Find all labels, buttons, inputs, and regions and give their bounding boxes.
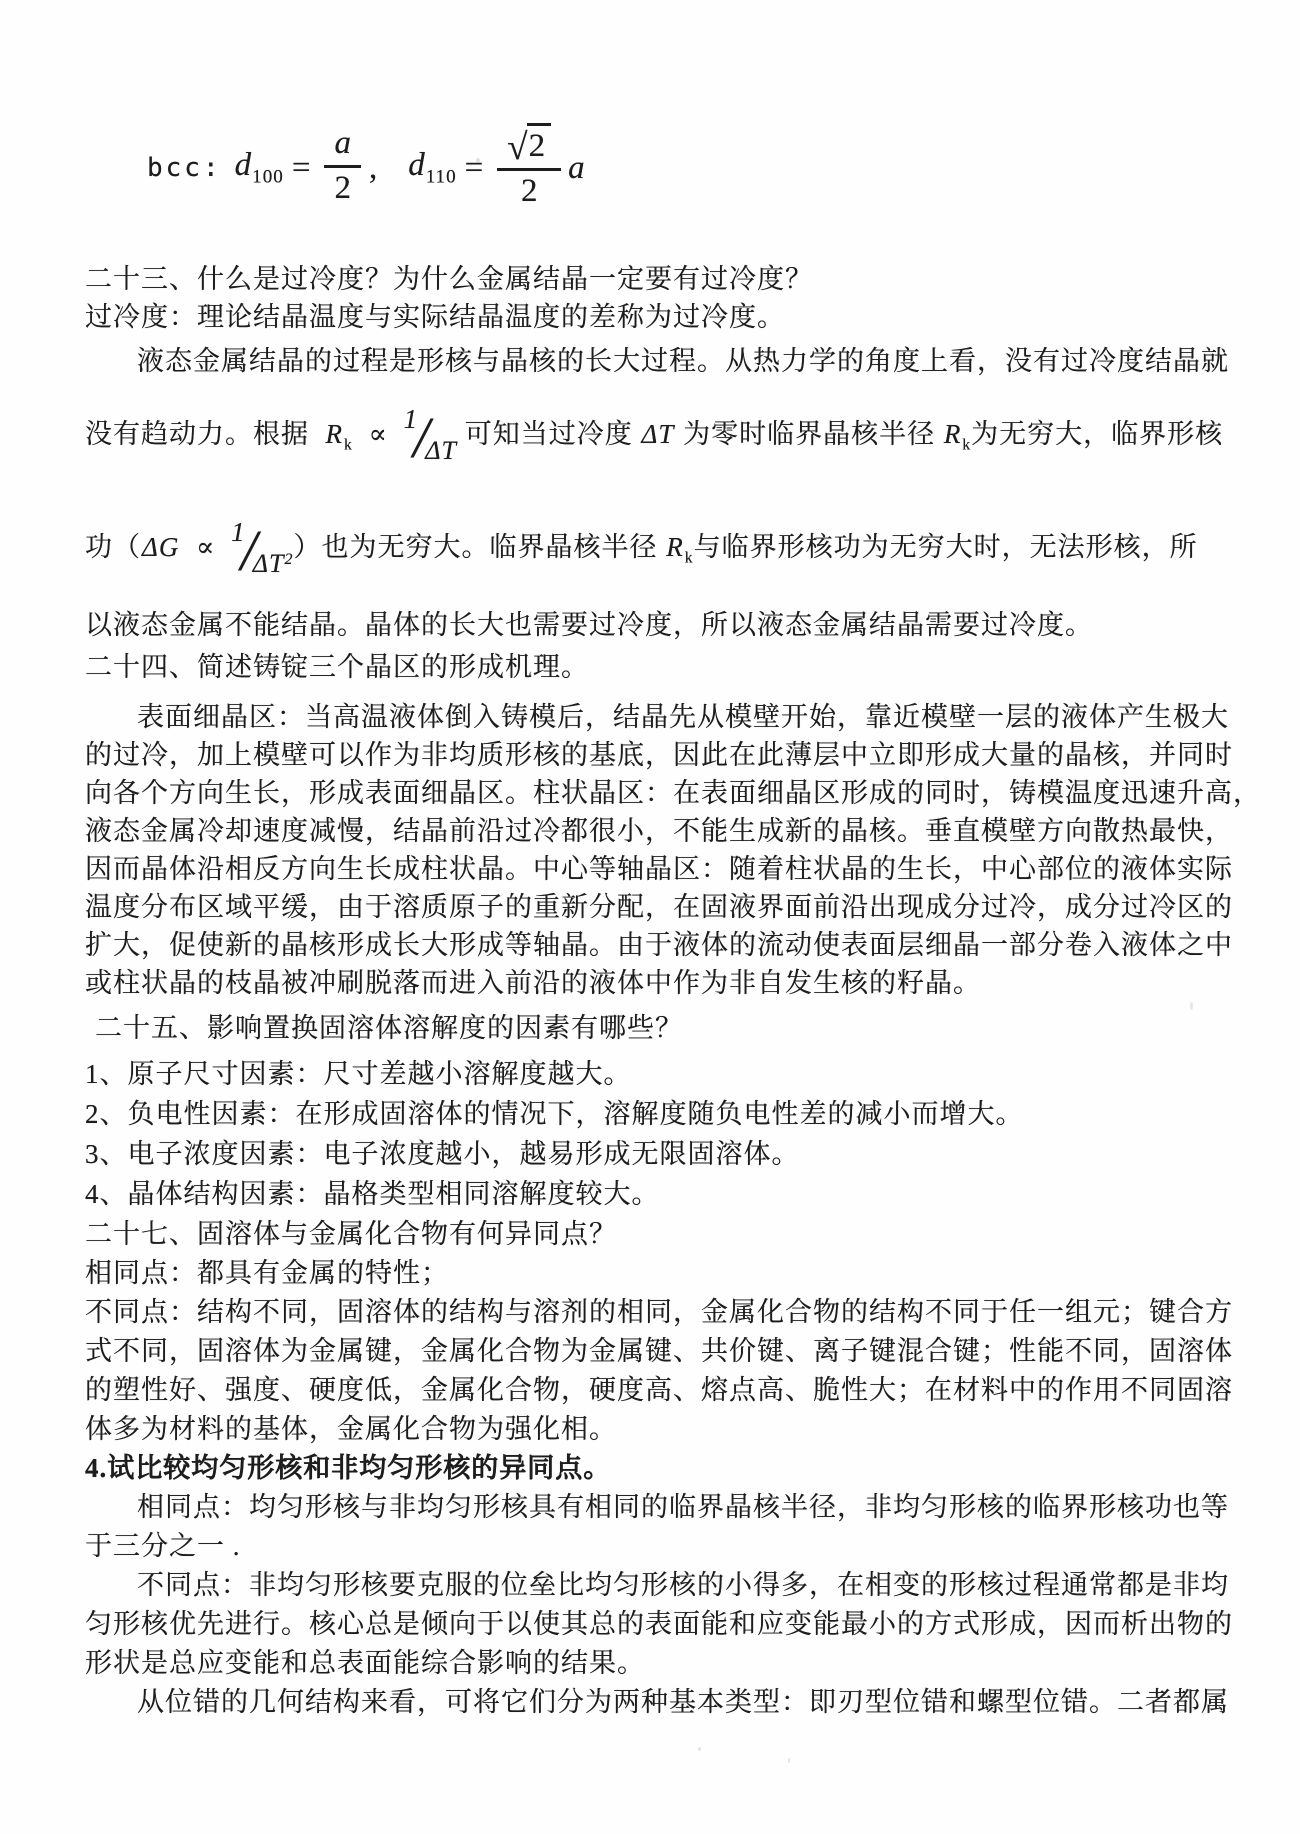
answer-line: 相同点：均匀形核与非均匀形核具有相同的临界晶核半径，非均匀形核的临界形核功也等 <box>85 1488 1225 1527</box>
answer-line: 的塑性好、强度、硬度低，金属化合物，硬度高、熔点高、脆性大；在材料中的作用不同固… <box>85 1371 1225 1410</box>
fraction-denominator: ΔT <box>425 436 457 465</box>
math-variable: Rk <box>325 419 353 449</box>
stacked-fraction: √22 <box>497 122 561 210</box>
answer-line: 匀形核优先进行。核心总是倾向于以使其总的表面能和应变能最小的方式形成，因而析出物… <box>85 1605 1225 1644</box>
scan-speck <box>698 1747 701 1751</box>
math-variable: a <box>567 150 586 187</box>
answer-line: 扩大，促使新的晶核形成长大形成等轴晶。由于液体的流动使表面层细晶一部分卷入液体之… <box>85 926 1225 964</box>
math-variable-symbol: R <box>943 419 963 449</box>
math-relation-symbol: ∝ <box>180 532 231 562</box>
math-variable-symbol: R <box>665 532 685 562</box>
text-run: 功（ <box>85 532 141 562</box>
answer-line: 式不同，固溶体为金属键，金属化合物为金属键、共价键、离子键混合键；性能不同，固溶… <box>85 1332 1225 1371</box>
math-variable: Rk <box>943 419 971 449</box>
math-label: bcc: <box>147 153 222 183</box>
answer-line: 以液态金属不能结晶。晶体的长大也需要过冷度，所以液态金属结晶需要过冷度。 <box>85 606 1225 644</box>
math-variable: Rk <box>665 532 693 562</box>
math-relation-symbol: = <box>284 150 319 187</box>
question-heading-4: 4.试比较均匀形核和非均匀形核的异同点。 <box>85 1449 1225 1488</box>
fraction-denominator: 2 <box>324 168 361 207</box>
answer-line: 不同点：结构不同，固溶体的结构与溶剂的相同，金属化合物的结构不同于任一组元；键合… <box>85 1293 1225 1332</box>
answer-line: 液态金属冷却速度减慢，结晶前沿过冷都很小，不能生成新的晶核。垂直模壁方向散热最快… <box>85 812 1225 850</box>
answer-line: 因而晶体沿相反方向生长成柱状晶。中心等轴晶区：随着柱状晶的生长，中心部位的液体实… <box>85 850 1225 888</box>
list-item-line: 2、负电性因素：在形成固溶体的情况下，溶解度随负电性差的减小而增大。 <box>85 1094 1225 1134</box>
fraction-denominator-value: ΔT <box>425 436 457 465</box>
text-run: 为零时临界晶核半径 <box>675 419 943 449</box>
answer-line: 温度分布区域平缓，由于溶质原子的重新分配，在固液界面前沿出现成分过冷，成分过冷区… <box>85 888 1225 926</box>
math-subscript: 100 <box>252 167 284 188</box>
fraction-denominator: ΔT2 <box>253 549 294 578</box>
answer-line: 表面细晶区：当高温液体倒入铸模后，结晶先从模壁开始，靠近模壁一层的液体产生极大 <box>85 698 1225 736</box>
document-body: bcc:d100=a2,d110=√22a二十三、什么是过冷度？为什么金属结晶一… <box>85 118 1225 1722</box>
math-subscript: k <box>344 436 353 453</box>
answer-line: 的过冷，加上模壁可以作为非均质形核的基底，因此在此薄层中立即形成大量的晶核，并同… <box>85 736 1225 774</box>
math-subscript: 110 <box>426 167 457 188</box>
math-variable: ΔT <box>640 419 675 449</box>
math-variable-symbol: d <box>407 147 426 183</box>
question-heading-27: 二十七、固溶体与金属化合物有何异同点？ <box>85 1214 1225 1254</box>
formula-line-dg: 功（ΔG ∝ 1/ΔT2）也为无穷大。临界晶核半径 Rk与临界形核功为无穷大时，… <box>85 490 1225 606</box>
math-variable: ΔG <box>141 532 180 562</box>
answer-line: 液态金属结晶的过程是形核与晶核的长大过程。从热力学的角度上看，没有过冷度结晶就 <box>85 342 1225 380</box>
fraction-numerator: a <box>324 125 361 168</box>
fraction-numerator: √2 <box>497 122 561 171</box>
fraction-numerator-value: a <box>334 125 351 161</box>
fraction-denominator-value: ΔT <box>253 549 285 578</box>
answer-line: 不同点：非均匀形核要克服的位垒比均匀形核的小得多，在相变的形核过程通常都是非均 <box>85 1566 1225 1605</box>
answer-line: 形状是总应变能和总表面能综合影响的结果。 <box>85 1644 1225 1683</box>
answer-line: 相同点：都具有金属的特性； <box>85 1254 1225 1293</box>
answer-line: 过冷度：理论结晶温度与实际结晶温度的差称为过冷度。 <box>85 298 1225 336</box>
text-run: ）也为无穷大。临界晶核半径 <box>294 532 666 562</box>
fraction-denominator: 2 <box>497 171 561 210</box>
inline-fraction: 1/ΔT <box>404 419 457 449</box>
question-heading-25: 二十五、影响置换固溶体溶解度的因素有哪些？ <box>85 1008 1225 1048</box>
math-variable-symbol: d <box>234 147 253 183</box>
math-subscript: k <box>962 436 971 453</box>
math-subscript: k <box>685 549 694 566</box>
math-superscript: 2 <box>285 551 294 568</box>
formula-line-rk: 没有趋动力。根据 Rk ∝ 1/ΔT 可知当过冷度 ΔT 为零时临界晶核半径 R… <box>85 380 1225 490</box>
math-variable-symbol: ΔG <box>141 532 180 562</box>
stacked-fraction: a2 <box>324 125 361 207</box>
answer-line: 或柱状晶的枝晶被冲刷脱落而进入前沿的液体中作为非自发生核的籽晶。 <box>85 964 1225 1002</box>
list-item-line: 4、晶体结构因素：晶格类型相同溶解度较大。 <box>85 1174 1225 1214</box>
radical-sign: √ <box>507 126 527 167</box>
math-relation-symbol: , <box>367 150 407 187</box>
text-run: 没有趋动力。根据 <box>85 419 325 449</box>
scan-speck <box>1190 1002 1193 1010</box>
answer-line: 于三分之一 . <box>85 1527 1225 1566</box>
list-item-line: 1、原子尺寸因素：尺寸差越小溶解度越大。 <box>85 1054 1225 1094</box>
text-run: 可知当过冷度 <box>457 419 641 449</box>
math-relation-symbol: = <box>457 150 492 187</box>
formula-bcc: bcc:d100=a2,d110=√22a <box>147 118 1225 218</box>
scan-speck <box>476 158 480 163</box>
scanned-document-page: bcc:d100=a2,d110=√22a二十三、什么是过冷度？为什么金属结晶一… <box>0 0 1300 1834</box>
scan-speck <box>788 1758 790 1763</box>
inline-fraction: 1/ΔT2 <box>231 532 293 562</box>
text-run: 为无穷大，临界形核 <box>971 419 1223 449</box>
radicand: 2 <box>527 123 552 165</box>
list-item-line: 3、电子浓度因素：电子浓度越小，越易形成无限固溶体。 <box>85 1134 1225 1174</box>
math-variable-symbol: R <box>325 419 345 449</box>
math-variable-symbol: a <box>567 150 586 186</box>
question-heading-24: 二十四、简述铸锭三个晶区的形成机理。 <box>85 648 1225 686</box>
math-variable: d100 <box>234 147 284 189</box>
answer-line: 向各个方向生长，形成表面细晶区。柱状晶区：在表面细晶区形成的同时，铸模温度迅速升… <box>85 774 1225 812</box>
math-relation-symbol: ∝ <box>353 419 404 449</box>
question-heading-23: 二十三、什么是过冷度？为什么金属结晶一定要有过冷度？ <box>85 260 1225 298</box>
answer-line: 从位错的几何结构来看，可将它们分为两种基本类型：即刃型位错和螺型位错。二者都属 <box>85 1683 1225 1722</box>
math-variable: d110 <box>407 147 456 189</box>
text-run: 与临界形核功为无穷大时，无法形核，所 <box>694 532 1198 562</box>
answer-line: 体多为材料的基体，金属化合物为强化相。 <box>85 1410 1225 1449</box>
math-variable-symbol: ΔT <box>640 419 675 449</box>
